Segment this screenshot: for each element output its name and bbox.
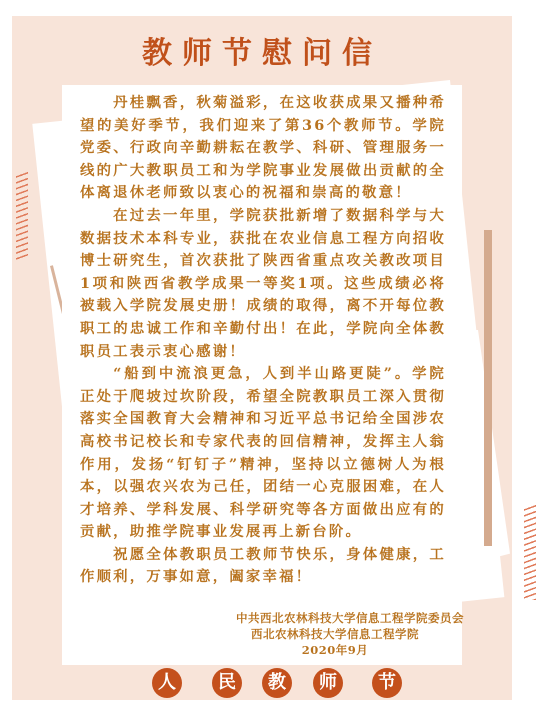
signature-date: 2020年9月 [200,642,470,658]
signature-block: 中共西北农林科技大学信息工程学院委员会 西北农林科技大学信息工程学院 2020年… [200,610,470,658]
letter-paragraph: 丹桂飘香，秋菊溢彩，在这收获成果又播种希望的美好季节，我们迎来了第36个教师节。… [80,92,446,205]
signature-org-2: 西北农林科技大学信息工程学院 [200,626,470,642]
footer-circle-char: 教 [262,668,292,698]
footer-circle-char: 师 [313,668,343,698]
footer-circle-char: 节 [372,668,402,698]
letter-paragraph: 在过去一年里，学院获批新增了数据科学与大数据技术本科专业，获批在农业信息工程方向… [80,205,446,363]
signature-org-1: 中共西北农林科技大学信息工程学院委员会 [200,610,470,626]
letter-paragraph: 祝愿全体教职员工教师节快乐，身体健康，工作顺利，万事如意，阖家幸福！ [80,544,446,589]
decorative-hatch-left [16,172,28,260]
footer-circle-char: 人 [152,668,182,698]
decorative-hatch-right [524,505,536,600]
footer-circle-char: 民 [212,668,242,698]
decorative-accent-bar [484,230,492,546]
footer-circles: 人 民 教 师 节 [150,668,410,698]
page-title: 教师节慰问信 [0,28,524,72]
letter-paragraph: “船到中流浪更急，人到半山路更陡”。学院正处于爬坡过坎阶段，希望全院教职员工深入… [80,363,446,544]
letter-body: 丹桂飘香，秋菊溢彩，在这收获成果又播种希望的美好季节，我们迎来了第36个教师节。… [80,92,446,589]
